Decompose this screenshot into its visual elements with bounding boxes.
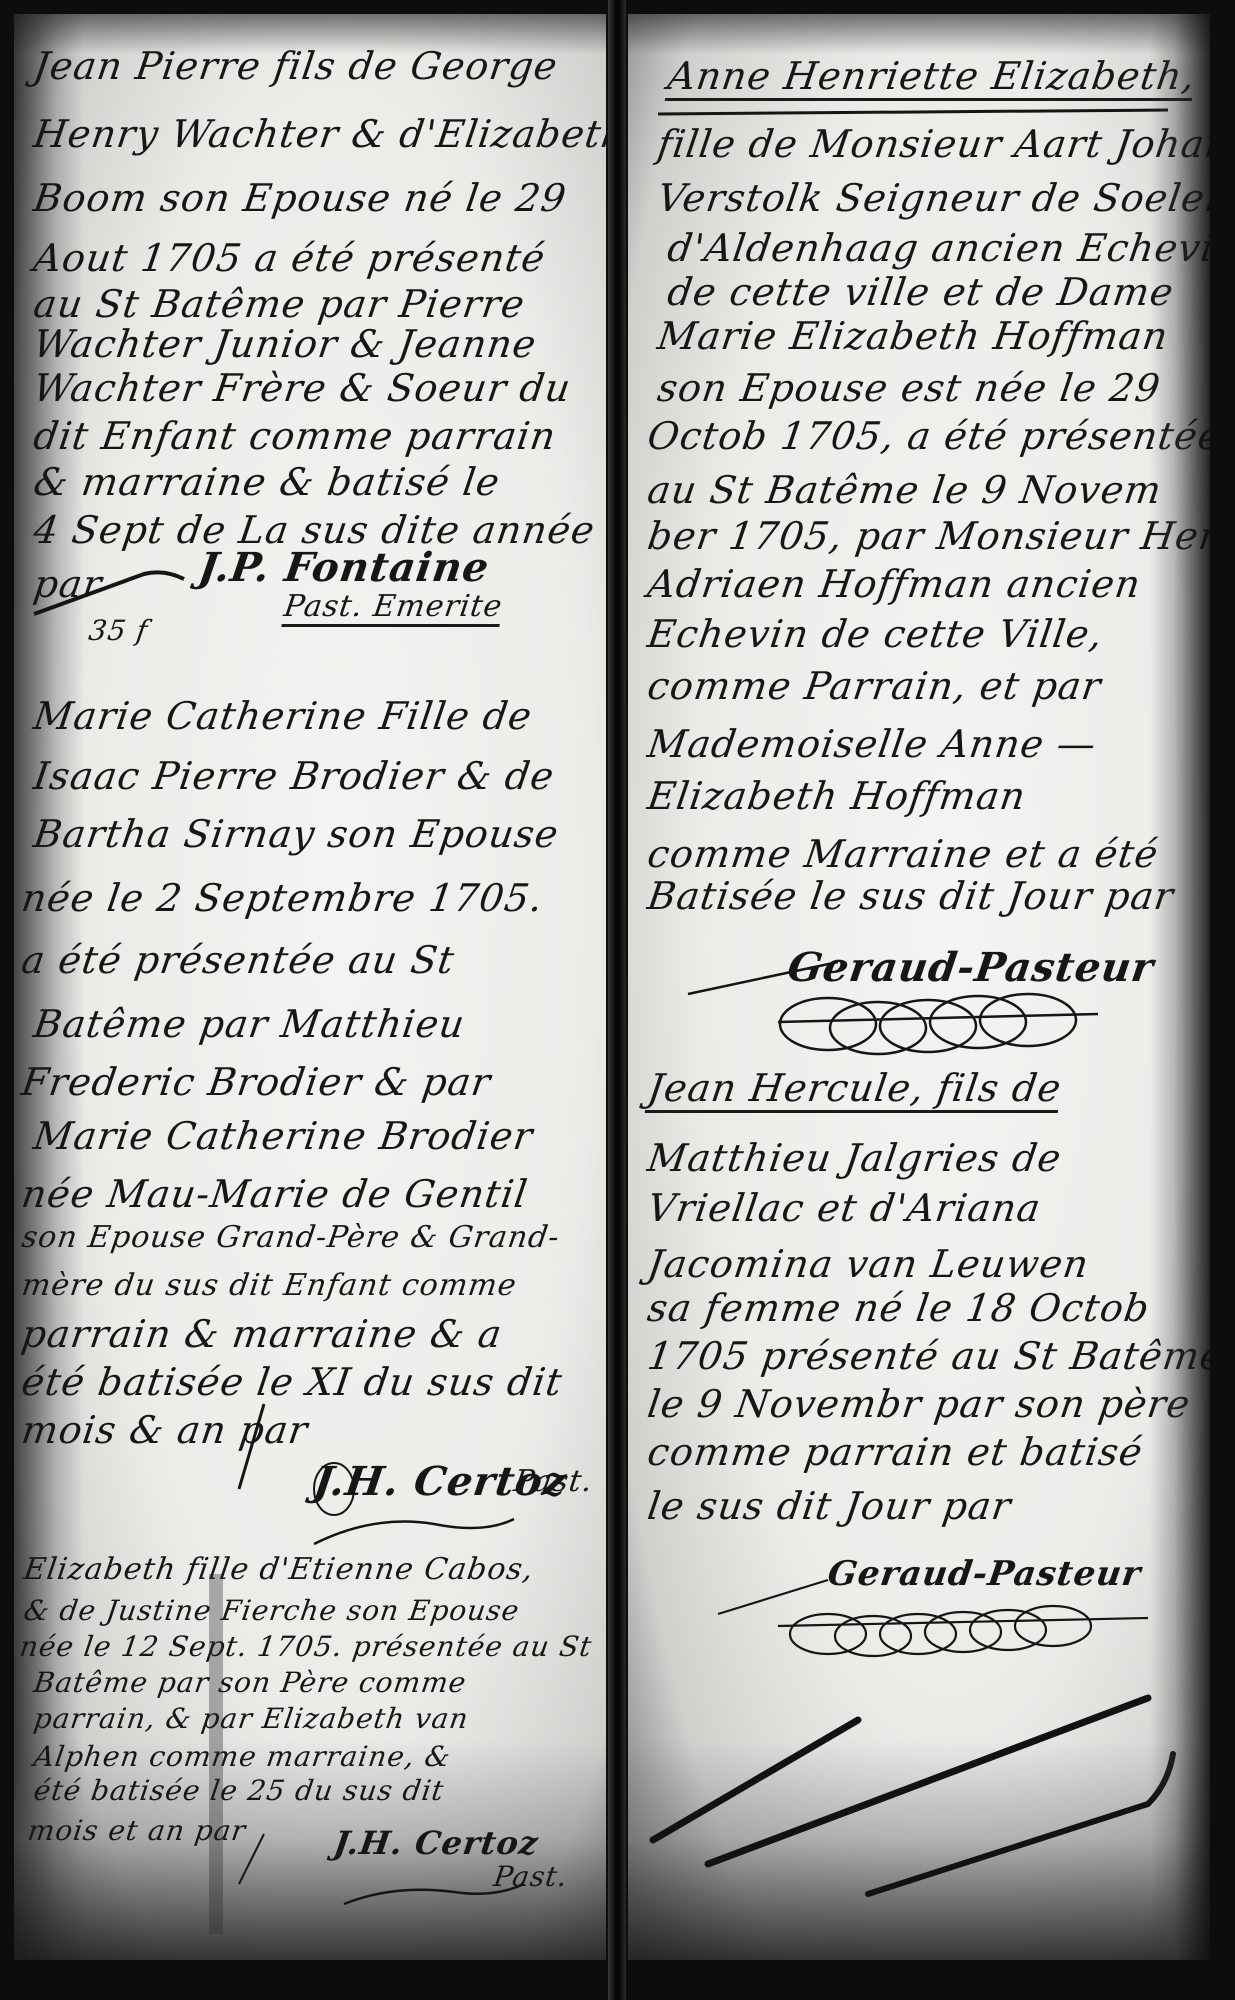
entry-line: Marie Elizabeth Hoffman <box>655 314 1171 358</box>
entry-line: parrain & marraine & a <box>19 1312 505 1356</box>
entry-line: été batisée le 25 du sus dit <box>32 1774 447 1807</box>
entry-line: & marraine & batisé le <box>31 460 503 504</box>
entry-line: été batisée le XI du sus dit <box>19 1360 566 1404</box>
entry-line: Vriellac et d'Ariana <box>645 1186 1044 1230</box>
entry-line: Batême par son Père comme <box>32 1666 469 1699</box>
entry-line: 1705 présenté au St Batême <box>645 1334 1210 1378</box>
entry-line: Bartha Sirnay son Epouse <box>31 812 562 856</box>
signature-title: Past. <box>512 1464 596 1499</box>
entry-line: Wachter Junior & Jeanne <box>31 322 540 366</box>
entry-line: le 9 Novembr par son père <box>645 1382 1193 1426</box>
entry-line: fille de Monsieur Aart Johan <box>655 122 1210 166</box>
entry-line: Batisée le sus dit Jour par <box>645 874 1177 918</box>
entry-line: mois & an par <box>19 1408 311 1452</box>
margin-note: 35 f <box>87 614 151 647</box>
entry-line: Adriaen Hoffman ancien <box>645 562 1144 606</box>
entry-line: sa femme né le 18 Octob <box>645 1286 1153 1330</box>
right-page: Anne Henriette Elizabeth, fille de Monsi… <box>628 14 1210 1960</box>
entry-line: son Epouse est née le 29 <box>655 366 1164 410</box>
signature: Geraud-Pasteur <box>825 1554 1144 1594</box>
scanned-register-spread: Jean Pierre fils de George Henry Wachter… <box>0 0 1235 2000</box>
entry-line: mois et an par <box>26 1814 249 1847</box>
entry-line: parrain, & par Elizabeth van <box>32 1702 471 1735</box>
entry-line: née le 2 Septembre 1705. <box>19 876 546 920</box>
entry-line: Frederic Brodier & par <box>19 1060 494 1104</box>
entry-line: par <box>31 562 105 606</box>
page-edge-shadow <box>628 14 1210 54</box>
entry-line: Jacomina van Leuwen <box>645 1242 1092 1286</box>
entry-line: le sus dit Jour par <box>645 1484 1014 1528</box>
signature: J.P. Fontaine <box>196 544 493 591</box>
entry-line: Echevin de cette Ville, <box>645 612 1106 656</box>
entry-line: Isaac Pierre Brodier & de <box>31 754 557 798</box>
entry-line: dit Enfant comme parrain <box>31 414 559 458</box>
entry-line: ber 1705, par Monsieur Henry <box>645 514 1210 558</box>
entry-line: Verstolk Seigneur de Soelen et <box>655 176 1210 220</box>
entry-line: Jean Hercule, fils de <box>645 1066 1065 1113</box>
signature: J.H. Certoz <box>331 1824 541 1862</box>
entry-line: son Epouse Grand-Père & Grand- <box>20 1220 563 1255</box>
entry-line: Alphen comme marraine, & <box>32 1740 453 1773</box>
signature: Geraud-Pasteur <box>785 944 1157 991</box>
entry-line: Marie Catherine Brodier <box>31 1114 536 1158</box>
entry-line: comme Marraine et a été <box>645 832 1162 876</box>
entry-line: Marie Catherine Fille de <box>31 694 535 738</box>
entry-line: Boom son Epouse né le 29 <box>31 176 570 220</box>
entry-line: Elizabeth Hoffman <box>645 774 1029 818</box>
entry-line: née le 12 Sept. 1705. présentée au St <box>18 1630 595 1663</box>
entry-line: Anne Henriette Elizabeth, <box>665 54 1199 101</box>
entry-line: née Mau-Marie de Gentil <box>19 1172 531 1216</box>
entry-line: comme Parrain, et par <box>645 664 1104 708</box>
entry-line: Jean Pierre fils de George <box>31 44 561 88</box>
entry-line: Batême par Matthieu <box>31 1002 468 1046</box>
entry-line: a été présentée au St <box>19 938 458 982</box>
entry-line: Henry Wachter & d'Elizabeth <box>31 112 606 156</box>
entry-line: Wachter Frère & Soeur du <box>31 366 574 410</box>
entry-line: Aout 1705 a été présenté <box>31 236 548 280</box>
entry-line: au St Batême par Pierre <box>31 282 528 326</box>
entry-line: & de Justine Fierche son Epouse <box>22 1594 522 1627</box>
book-spine <box>608 0 626 2000</box>
entry-line: au St Batême le 9 Novem <box>645 468 1165 512</box>
signature-title: Past. <box>492 1860 570 1893</box>
entry-line: de cette ville et de Dame <box>665 270 1177 314</box>
page-bottom-shadow <box>628 1740 1210 1960</box>
signature-title: Past. Emerite <box>281 589 504 627</box>
entry-line: d'Aldenhaag ancien Echevin <box>665 226 1210 270</box>
entry-line: Matthieu Jalgries de <box>645 1136 1065 1180</box>
entry-line: comme parrain et batisé <box>645 1430 1146 1474</box>
entry-line: Mademoiselle Anne — <box>645 722 1099 766</box>
entry-line: mère du sus dit Enfant comme <box>20 1268 519 1303</box>
entry-line: Elizabeth fille d'Etienne Cabos, <box>22 1552 536 1587</box>
left-page: Jean Pierre fils de George Henry Wachter… <box>14 14 606 1960</box>
entry-line: Octob 1705, a été présentée <box>645 414 1210 458</box>
